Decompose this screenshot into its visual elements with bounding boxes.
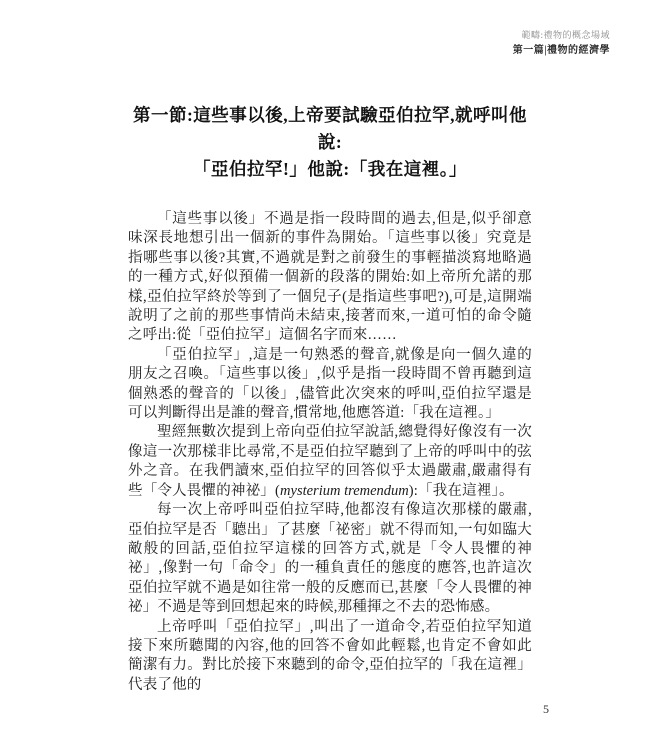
paragraph-3-latin-term: mysterium tremendum	[280, 483, 409, 499]
running-title-part: 第一篇|禮物的經濟學	[513, 43, 610, 59]
running-head: 範疇:禮物的概念場域 第一篇|禮物的經濟學	[513, 29, 610, 58]
paragraph-2: 「亞伯拉罕」,這是一句熟悉的聲音,就像是向一個久違的朋友之召喚。「這些事以後」,…	[128, 346, 532, 424]
page-number: 5	[543, 702, 549, 717]
paragraph-3: 聖經無數次提到上帝向亞伯拉罕說話,總覺得好像沒有一次像這一次那樣非比尋常,不是亞…	[128, 423, 532, 501]
running-title-category: 範疇:禮物的概念場域	[513, 29, 610, 43]
page-content: 第一節:這些事以後,上帝要試驗亞伯拉罕,就呼叫他說: 「亞伯拉罕!」他說:「我在…	[128, 102, 532, 695]
section-title-line1: 第一節:這些事以後,上帝要試驗亞伯拉罕,就呼叫他說:	[133, 105, 527, 152]
paragraph-4: 每一次上帝呼叫亞伯拉罕時,他都沒有像這次那樣的嚴肅,亞伯拉罕是否「聽出」了甚麼「…	[128, 501, 532, 617]
book-page: 範疇:禮物的概念場域 第一篇|禮物的經濟學 第一節:這些事以後,上帝要試驗亞伯拉…	[0, 0, 650, 750]
body-text: 「這些事以後」不過是指一段時間的過去,但是,似乎卻意味深長地想引出一個新的事件為…	[128, 210, 532, 695]
paragraph-5: 上帝呼叫「亞伯拉罕」,叫出了一道命令,若亞伯拉罕知道接下來所聽聞的內容,他的回答…	[128, 618, 532, 696]
paragraph-1: 「這些事以後」不過是指一段時間的過去,但是,似乎卻意味深長地想引出一個新的事件為…	[128, 210, 532, 346]
section-title-line2: 「亞伯拉罕!」他說:「我在這裡。」	[193, 159, 467, 179]
section-title: 第一節:這些事以後,上帝要試驗亞伯拉罕,就呼叫他說: 「亞伯拉罕!」他說:「我在…	[128, 102, 532, 183]
paragraph-3-post: ):「我在這裡」。	[409, 483, 514, 499]
